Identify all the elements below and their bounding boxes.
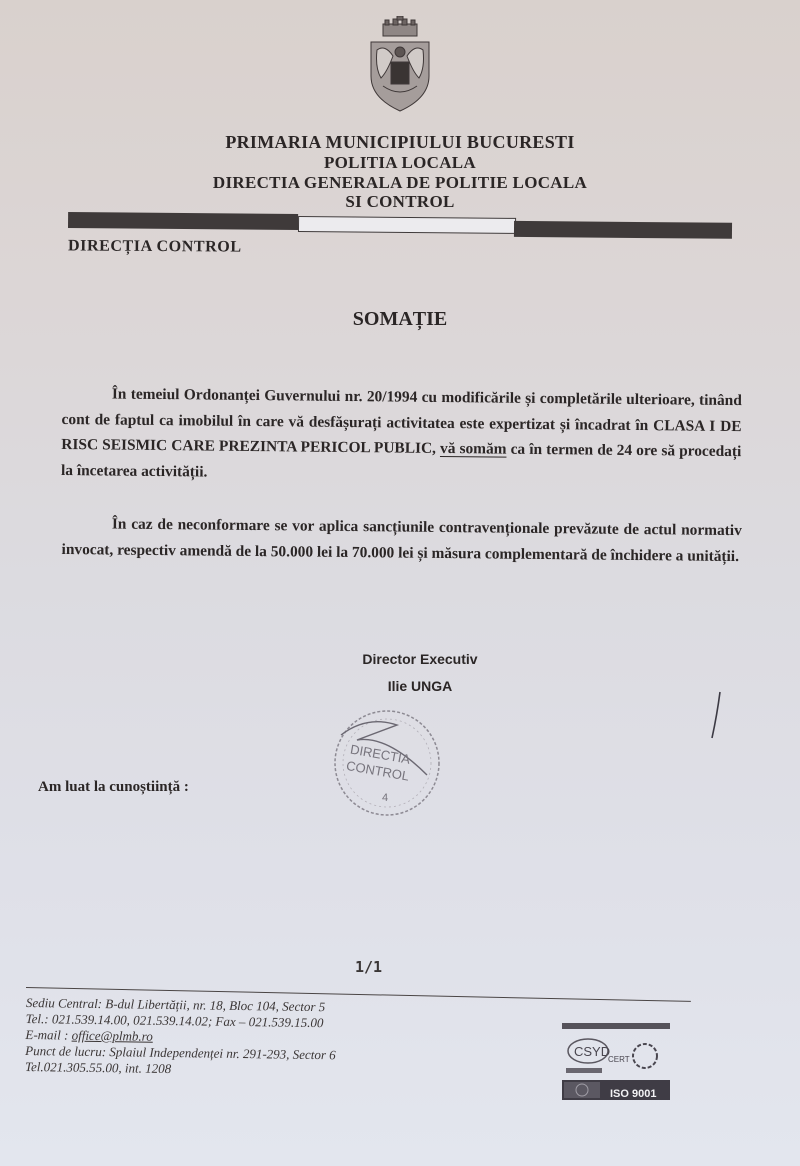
paragraph-2-text: În caz de neconformare se vor aplica san… xyxy=(62,516,742,565)
directorate-name-cont: SI CONTROL xyxy=(0,192,800,212)
acknowledgement-label: Am luat la cunoștiință : xyxy=(38,779,189,796)
document-title: SOMAȚIE xyxy=(0,308,800,331)
csyd-logo-icon: CSYD xyxy=(566,1039,610,1073)
band-dark-left xyxy=(68,212,298,230)
cert-logo-icon: CERT xyxy=(608,1044,657,1068)
directorate-name: DIRECTIA GENERALA DE POLITIE LOCALA xyxy=(0,173,800,193)
signatory-name: Ilie UNGA xyxy=(20,678,800,694)
signatory-role: Director Executiv xyxy=(20,651,800,667)
round-stamp-icon: DIRECTIA CONTROL 4 xyxy=(327,705,447,820)
page-number: 1/1 xyxy=(355,958,382,976)
svg-text:ISO 9001: ISO 9001 xyxy=(610,1088,656,1100)
svg-text:CSYD: CSYD xyxy=(574,1044,610,1059)
footer-email-label: E-mail : xyxy=(25,1027,71,1043)
institution-name: PRIMARIA MUNICIPIULUI BUCURESTI xyxy=(0,132,800,152)
band-dark-right xyxy=(514,221,732,239)
underlined-phrase: vă somăm xyxy=(440,440,507,458)
band-light-middle xyxy=(298,216,516,234)
institution-subname: POLITIA LOCALA xyxy=(0,153,800,173)
footer-email-link[interactable]: office@plmb.ro xyxy=(72,1028,153,1044)
iso-9001-badge-icon: ISO 9001 xyxy=(562,1080,670,1100)
coat-of-arms-icon xyxy=(365,16,435,114)
stamp-number: 4 xyxy=(382,792,388,804)
paragraph-1: În temeiul Ordonanței Guvernului nr. 20/… xyxy=(61,381,742,490)
paragraph-2: În caz de neconformare se vor aplica san… xyxy=(61,511,741,569)
footer-address: Sediu Central: B-dul Libertății, nr. 18,… xyxy=(25,995,337,1079)
certification-logos: CSYD CERT ISO 9001 xyxy=(560,1018,680,1100)
department-label: DIRECȚIA CONTROL xyxy=(68,237,242,256)
signature-mark-icon xyxy=(708,690,724,740)
cert-header-bar xyxy=(562,1023,670,1029)
svg-text:CERT: CERT xyxy=(608,1055,630,1064)
